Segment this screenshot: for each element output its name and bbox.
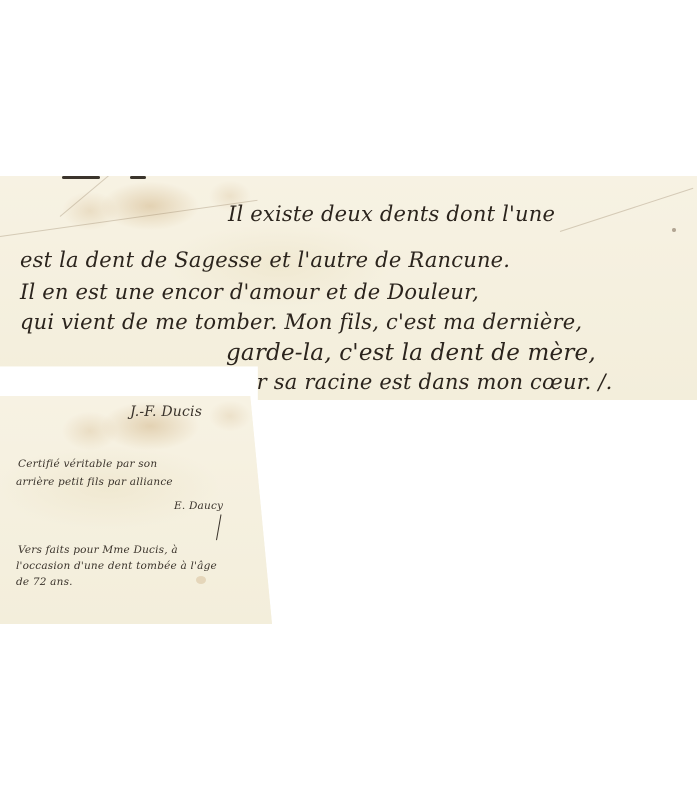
torn-ink-mark	[62, 176, 100, 179]
poem-line-3: Il en est une encor d'amour et de Douleu…	[20, 280, 479, 304]
note-line-2: l'occasion d'une dent tombée à l'âge	[16, 560, 217, 572]
poem-line-1: Il existe deux dents dont l'une	[228, 202, 555, 226]
certification-signature: E. Daucy	[174, 500, 223, 512]
torn-ink-mark	[130, 176, 146, 179]
paper-crease	[60, 145, 145, 216]
manuscript-upper-fragment: Il existe deux dents dont l'une est la d…	[0, 176, 697, 400]
paper-stain	[196, 576, 206, 584]
author-signature: J.-F. Ducis	[130, 404, 202, 420]
note-line-1: Vers faits pour Mme Ducis, à	[18, 544, 178, 556]
certification-line-2: arrière petit fils par alliance	[16, 476, 173, 488]
poem-line-6: car sa racine est dans mon cœur. /.	[232, 370, 613, 394]
paper-crease	[0, 200, 258, 237]
poem-line-4: qui vient de me tomber. Mon fils, c'est …	[20, 310, 582, 334]
note-line-3: de 72 ans.	[16, 576, 73, 588]
paper-crease	[560, 188, 693, 232]
poem-line-5: garde-la, c'est la dent de mère,	[226, 340, 596, 366]
certification-line-1: Certifié véritable par son	[18, 458, 157, 470]
manuscript-lower-fragment: J.-F. Ducis Certifié véritable par son a…	[0, 396, 272, 624]
signature-flourish	[216, 514, 221, 540]
ink-spot	[672, 228, 676, 232]
poem-line-2: est la dent de Sagesse et l'autre de Ran…	[20, 248, 510, 272]
